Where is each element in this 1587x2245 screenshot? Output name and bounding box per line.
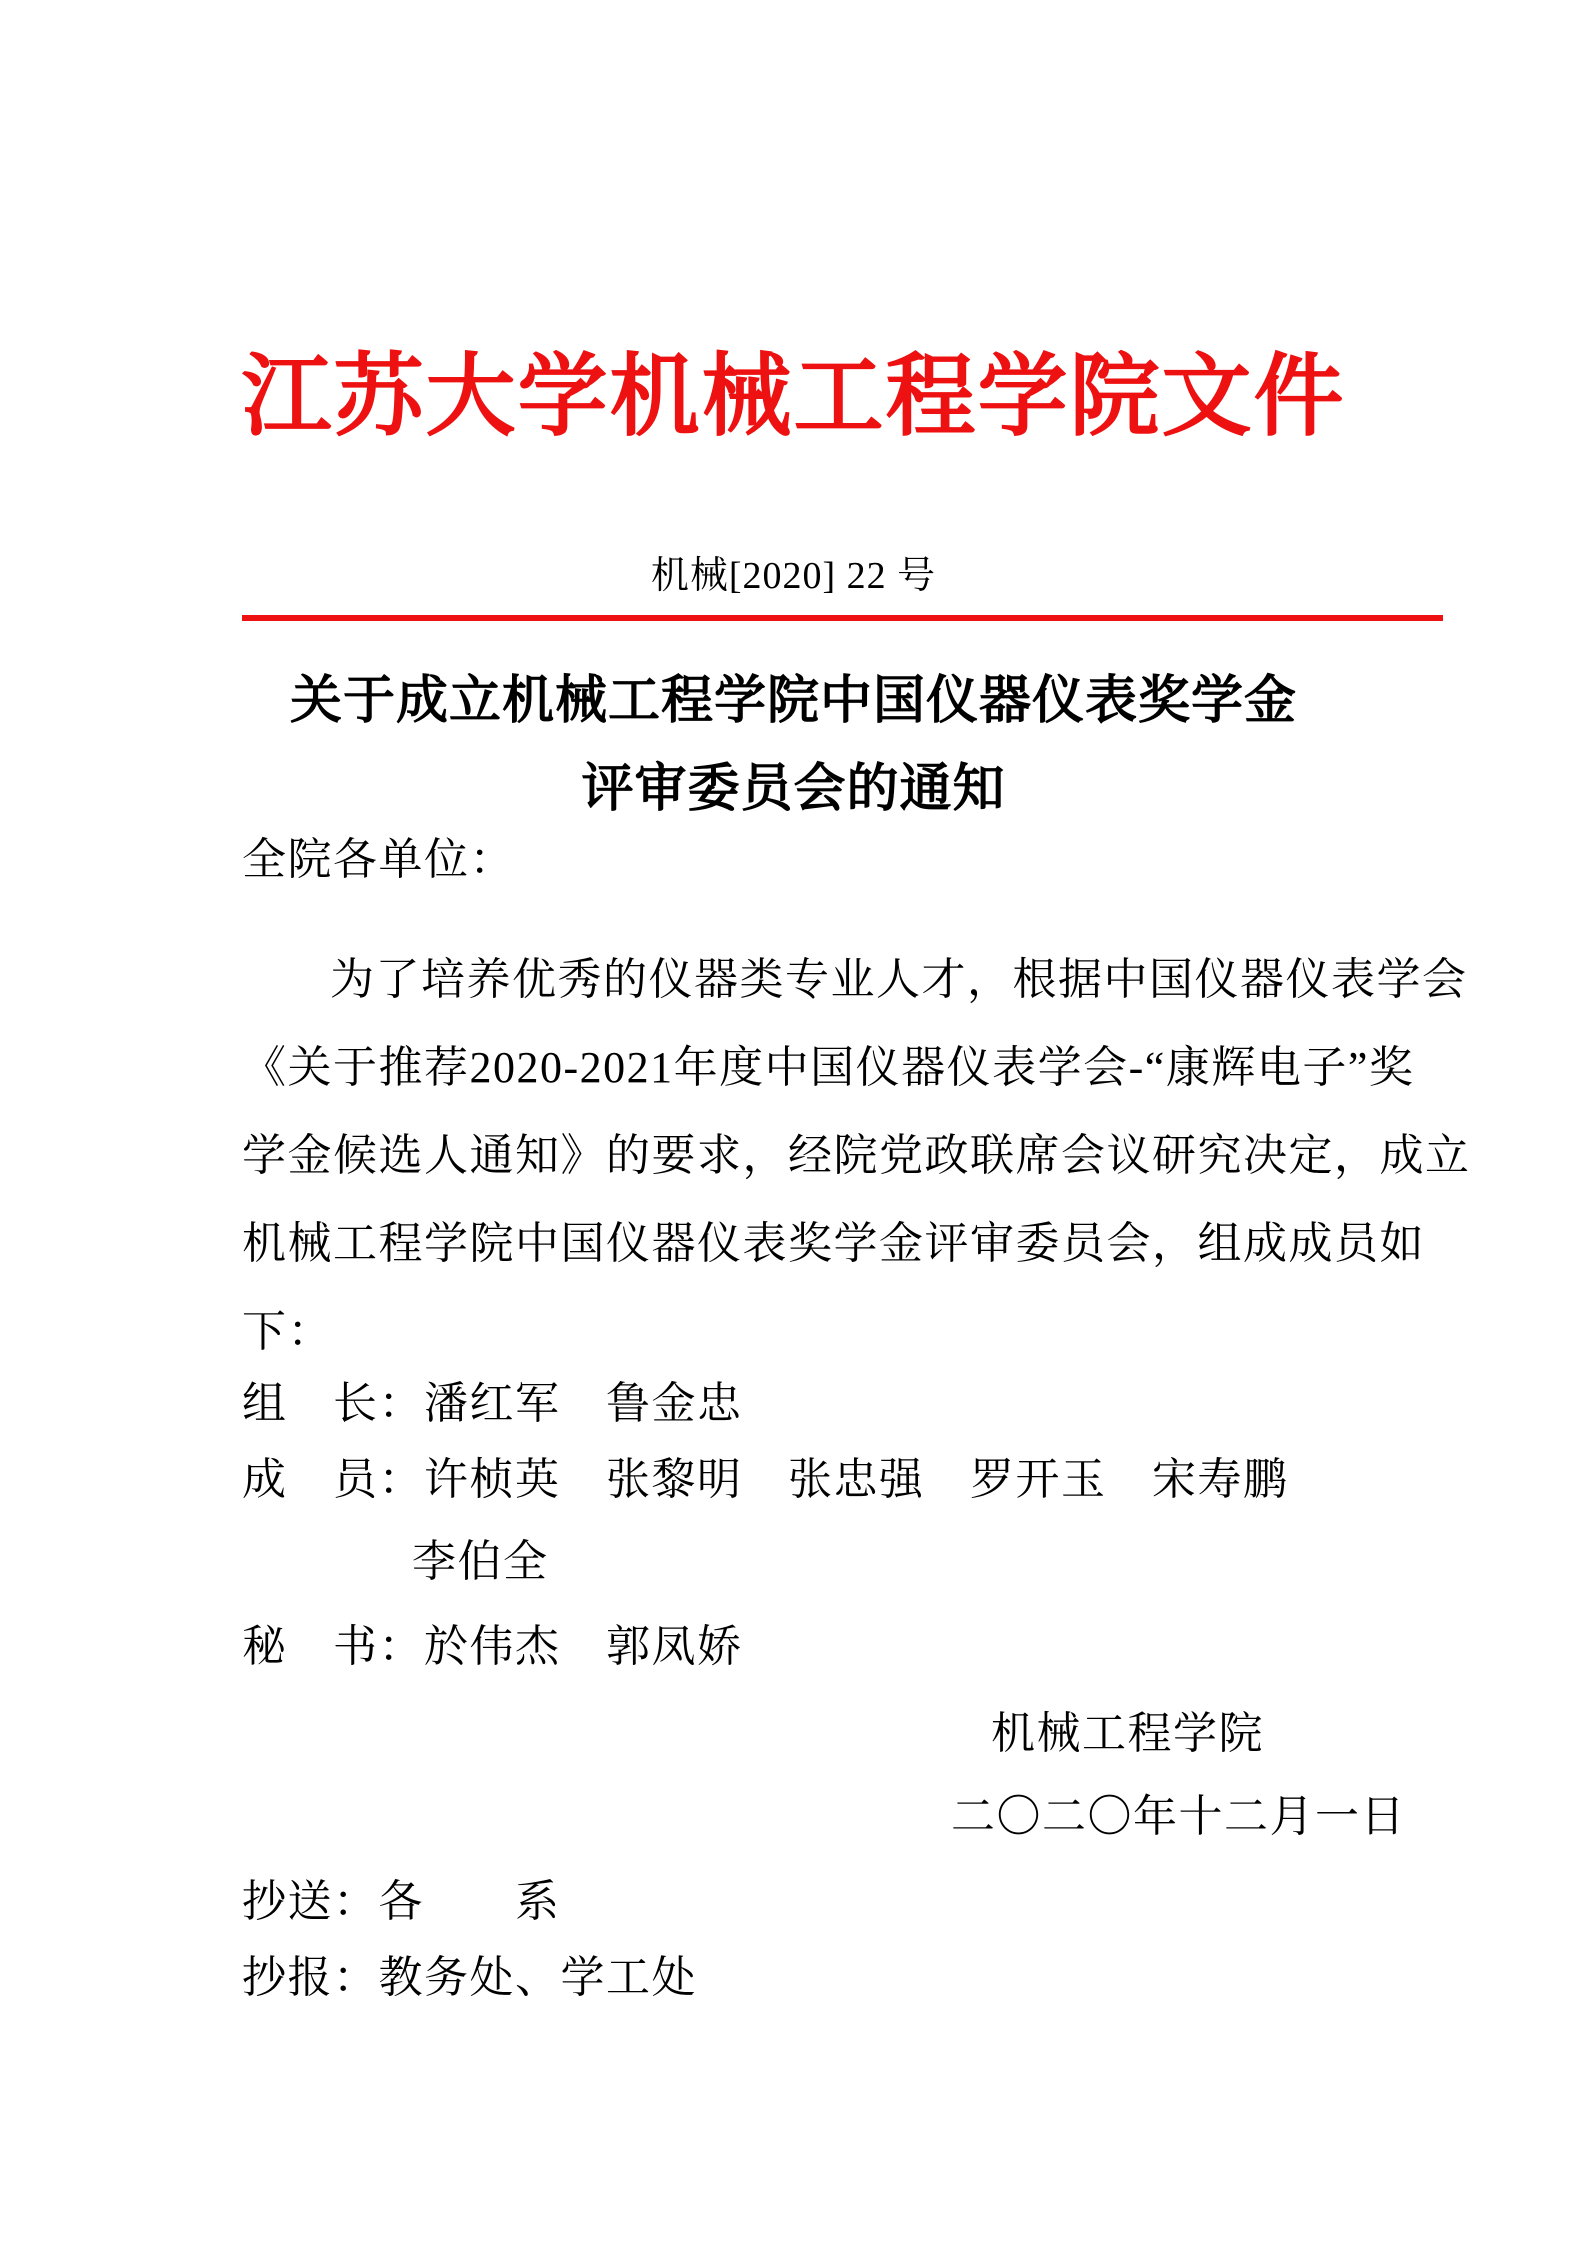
committee-leader-line: 组 长：潘红军 鲁金忠 <box>242 1382 743 1426</box>
doc-number: 机械[2020] 22 号 <box>0 544 1587 599</box>
report-line: 抄报：教务处、学工处 <box>242 1956 697 2000</box>
notice-title-line2: 评审委员会的通知 <box>0 746 1587 821</box>
report-label: 抄报： <box>242 1953 379 2002</box>
signature-org: 机械工程学院 <box>991 1712 1264 1756</box>
cc-value: 各 系 <box>379 1877 561 1926</box>
body-line-4: 机械工程学院中国仪器仪表奖学金评审委员会，组成成员如 <box>242 1222 1425 1266</box>
document-page: 江苏大学机械工程学院文件 机械[2020] 22 号 关于成立机械工程学院中国仪… <box>0 0 1587 2245</box>
body-line-5: 下： <box>242 1310 333 1354</box>
body-line-3: 学金候选人通知》的要求，经院党政联席会议研究决定，成立 <box>242 1134 1471 1178</box>
cc-label: 抄送： <box>242 1877 379 1926</box>
committee-members-line2: 李伯全 <box>412 1540 549 1584</box>
signature-date: 二〇二〇年十二月一日 <box>951 1795 1406 1839</box>
red-divider-rule <box>242 615 1443 621</box>
committee-members-line: 成 员：许桢英 张黎明 张忠强 罗开玉 宋寿鹏 <box>242 1458 1289 1502</box>
committee-secretary-line: 秘 书：於伟杰 郭凤娇 <box>242 1625 743 1669</box>
salutation: 全院各单位： <box>242 838 515 882</box>
report-value: 教务处、学工处 <box>379 1953 698 2002</box>
letterhead-title: 江苏大学机械工程学院文件 <box>0 348 1587 447</box>
body-line-1: 为了培养优秀的仪器类专业人才，根据中国仪器仪表学会 <box>330 958 1468 1002</box>
notice-title-line1: 关于成立机械工程学院中国仪器仪表奖学金 <box>0 658 1587 733</box>
body-line-2: 《关于推荐2020-2021年度中国仪器仪表学会-“康辉电子”奖 <box>242 1046 1414 1090</box>
cc-line: 抄送：各 系 <box>242 1880 561 1924</box>
